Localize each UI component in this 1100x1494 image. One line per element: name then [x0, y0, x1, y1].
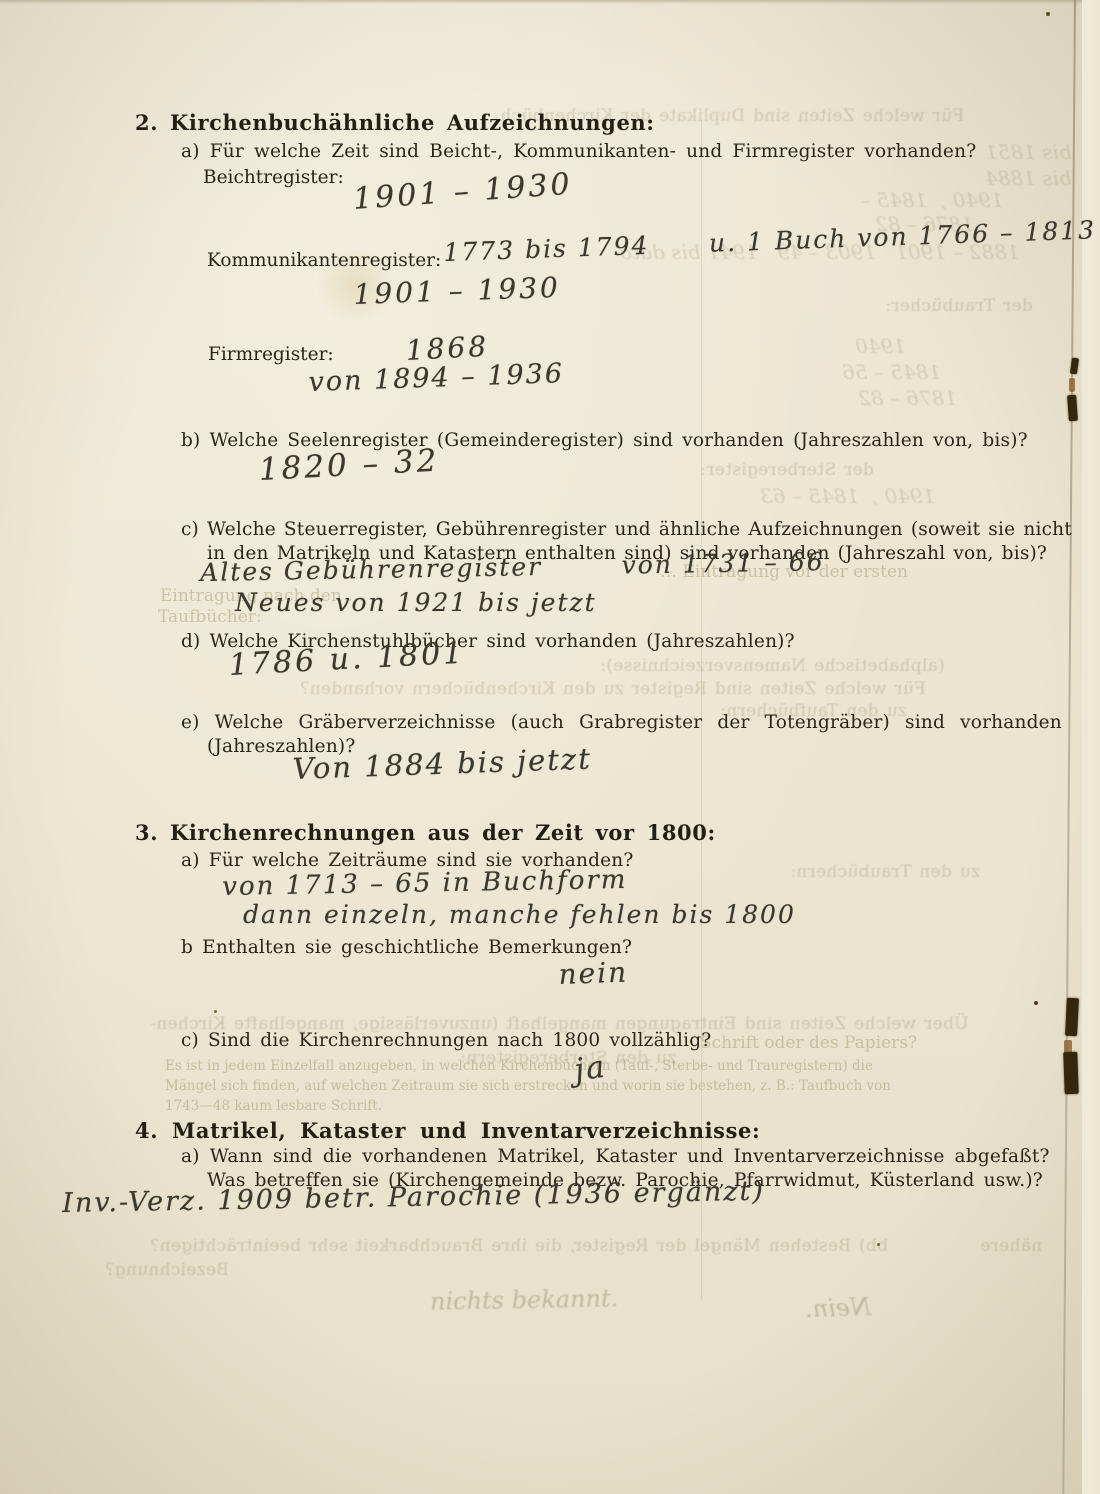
bleedthrough-text: (alphabetische Namensverzeichnisse): [600, 656, 945, 676]
answer-3c: ja [572, 1049, 609, 1089]
answer-2c-2: Neues von 1921 bis jetzt [235, 588, 597, 617]
bleedthrough-handwriting: 1940 , 1845 – [860, 188, 1004, 212]
showthrough-smallprint: Es ist in jedem Einzelfall anzugeben, in… [165, 1058, 873, 1074]
answer-beichtregister: 1901 – 1930 [352, 167, 574, 217]
showthrough-smallprint: 1743—48 kaum lesbare Schrift. [165, 1098, 382, 1114]
paper-speck [214, 1010, 217, 1013]
bleedthrough-handwriting: 1876 – 82 [858, 386, 957, 410]
faint-handwriting: nichts bekannt. [430, 1284, 619, 1315]
bleedthrough-handwriting: 1940 , 1845 – 63 [760, 484, 935, 508]
bleedthrough-text: bb) Bestehen Mängel der Register, die ih… [150, 1236, 888, 1256]
section-2-heading: 2. Kirchenbuchähnliche Aufzeichnungen: [135, 110, 655, 135]
staple-rust-top [1069, 378, 1075, 392]
answer-kommunikanten-2: 1901 – 1930 [353, 271, 561, 311]
question-4a-line1: a) Wann sind die vorhandenen Matrikel, K… [181, 1146, 1050, 1167]
label-kommunikantenregister: Kommunikantenregister: [207, 250, 441, 271]
bleedthrough-handwriting: bis 1884 [985, 166, 1072, 190]
question-3b: b Enthalten sie geschichtliche Bemerkung… [181, 937, 632, 958]
question-2b: b) Welche Seelenregister (Gemeinderegist… [181, 430, 1028, 451]
paper-speck [1046, 12, 1050, 16]
bleedthrough-text: der Traubücher: [885, 296, 1033, 316]
answer-4a: Inv.-Verz. 1909 betr. Parochie (1936 erg… [62, 1176, 765, 1219]
paper-speck [1034, 1001, 1038, 1005]
answer-firmregister-2: von 1894 – 1936 [308, 358, 565, 398]
label-firmregister: Firmregister: [208, 344, 334, 365]
section-4-heading: 4. Matrikel, Kataster und Inventarverzei… [135, 1118, 760, 1143]
scanned-questionnaire-page: Für welche Zeiten sind Duplikate der Kir… [0, 0, 1100, 1494]
question-2e-line1: e) Welche Gräberverzeichnisse (auch Grab… [181, 712, 1062, 733]
bleedthrough-text: der Sterberegister: [700, 460, 874, 480]
answer-3a-2: dann einzeln, manche fehlen bis 1800 [243, 900, 796, 929]
staple-mark-bottom-2 [1063, 1052, 1078, 1094]
bleedthrough-text: zu den Traubüchern: [790, 862, 980, 882]
bleedthrough-text: Bezeichnung? [105, 1260, 229, 1280]
answer-3a-1: von 1713 – 65 in Buchform [222, 865, 628, 902]
bleedthrough-text: Für welche Zeiten sind Register zu den K… [300, 679, 926, 699]
showthrough-text: Schrift oder des Papiers? [700, 1033, 917, 1053]
showthrough-smallprint: Mängel sich finden, auf welchen Zeitraum… [165, 1078, 891, 1094]
question-3c: c) Sind die Kirchenrechnungen nach 1800 … [181, 1030, 711, 1051]
bleedthrough-handwriting: 1845 – 56 [842, 360, 941, 384]
staple-mark-bottom [1065, 998, 1079, 1037]
faint-handwriting-mirrored: Nein. [805, 1293, 872, 1323]
staple-mark-top [1070, 358, 1079, 375]
question-2a: a) Für welche Zeit sind Beicht-, Kommuni… [181, 141, 976, 162]
paper-top-edge-shadow [0, 0, 1100, 4]
question-2c-line1: c) Welche Steuerregister, Gebührenregist… [181, 519, 1072, 540]
bleedthrough-handwriting: 1940 [855, 334, 906, 358]
bleedthrough-handwriting: bis 1851 [985, 140, 1072, 164]
bleedthrough-text: nähere [980, 1236, 1042, 1256]
answer-3b: nein [558, 956, 629, 991]
label-beichtregister: Beichtregister: [203, 167, 344, 188]
staple-mark-top-2 [1067, 395, 1078, 422]
section-3-heading: 3. Kirchenrechnungen aus der Zeit vor 18… [135, 820, 716, 845]
